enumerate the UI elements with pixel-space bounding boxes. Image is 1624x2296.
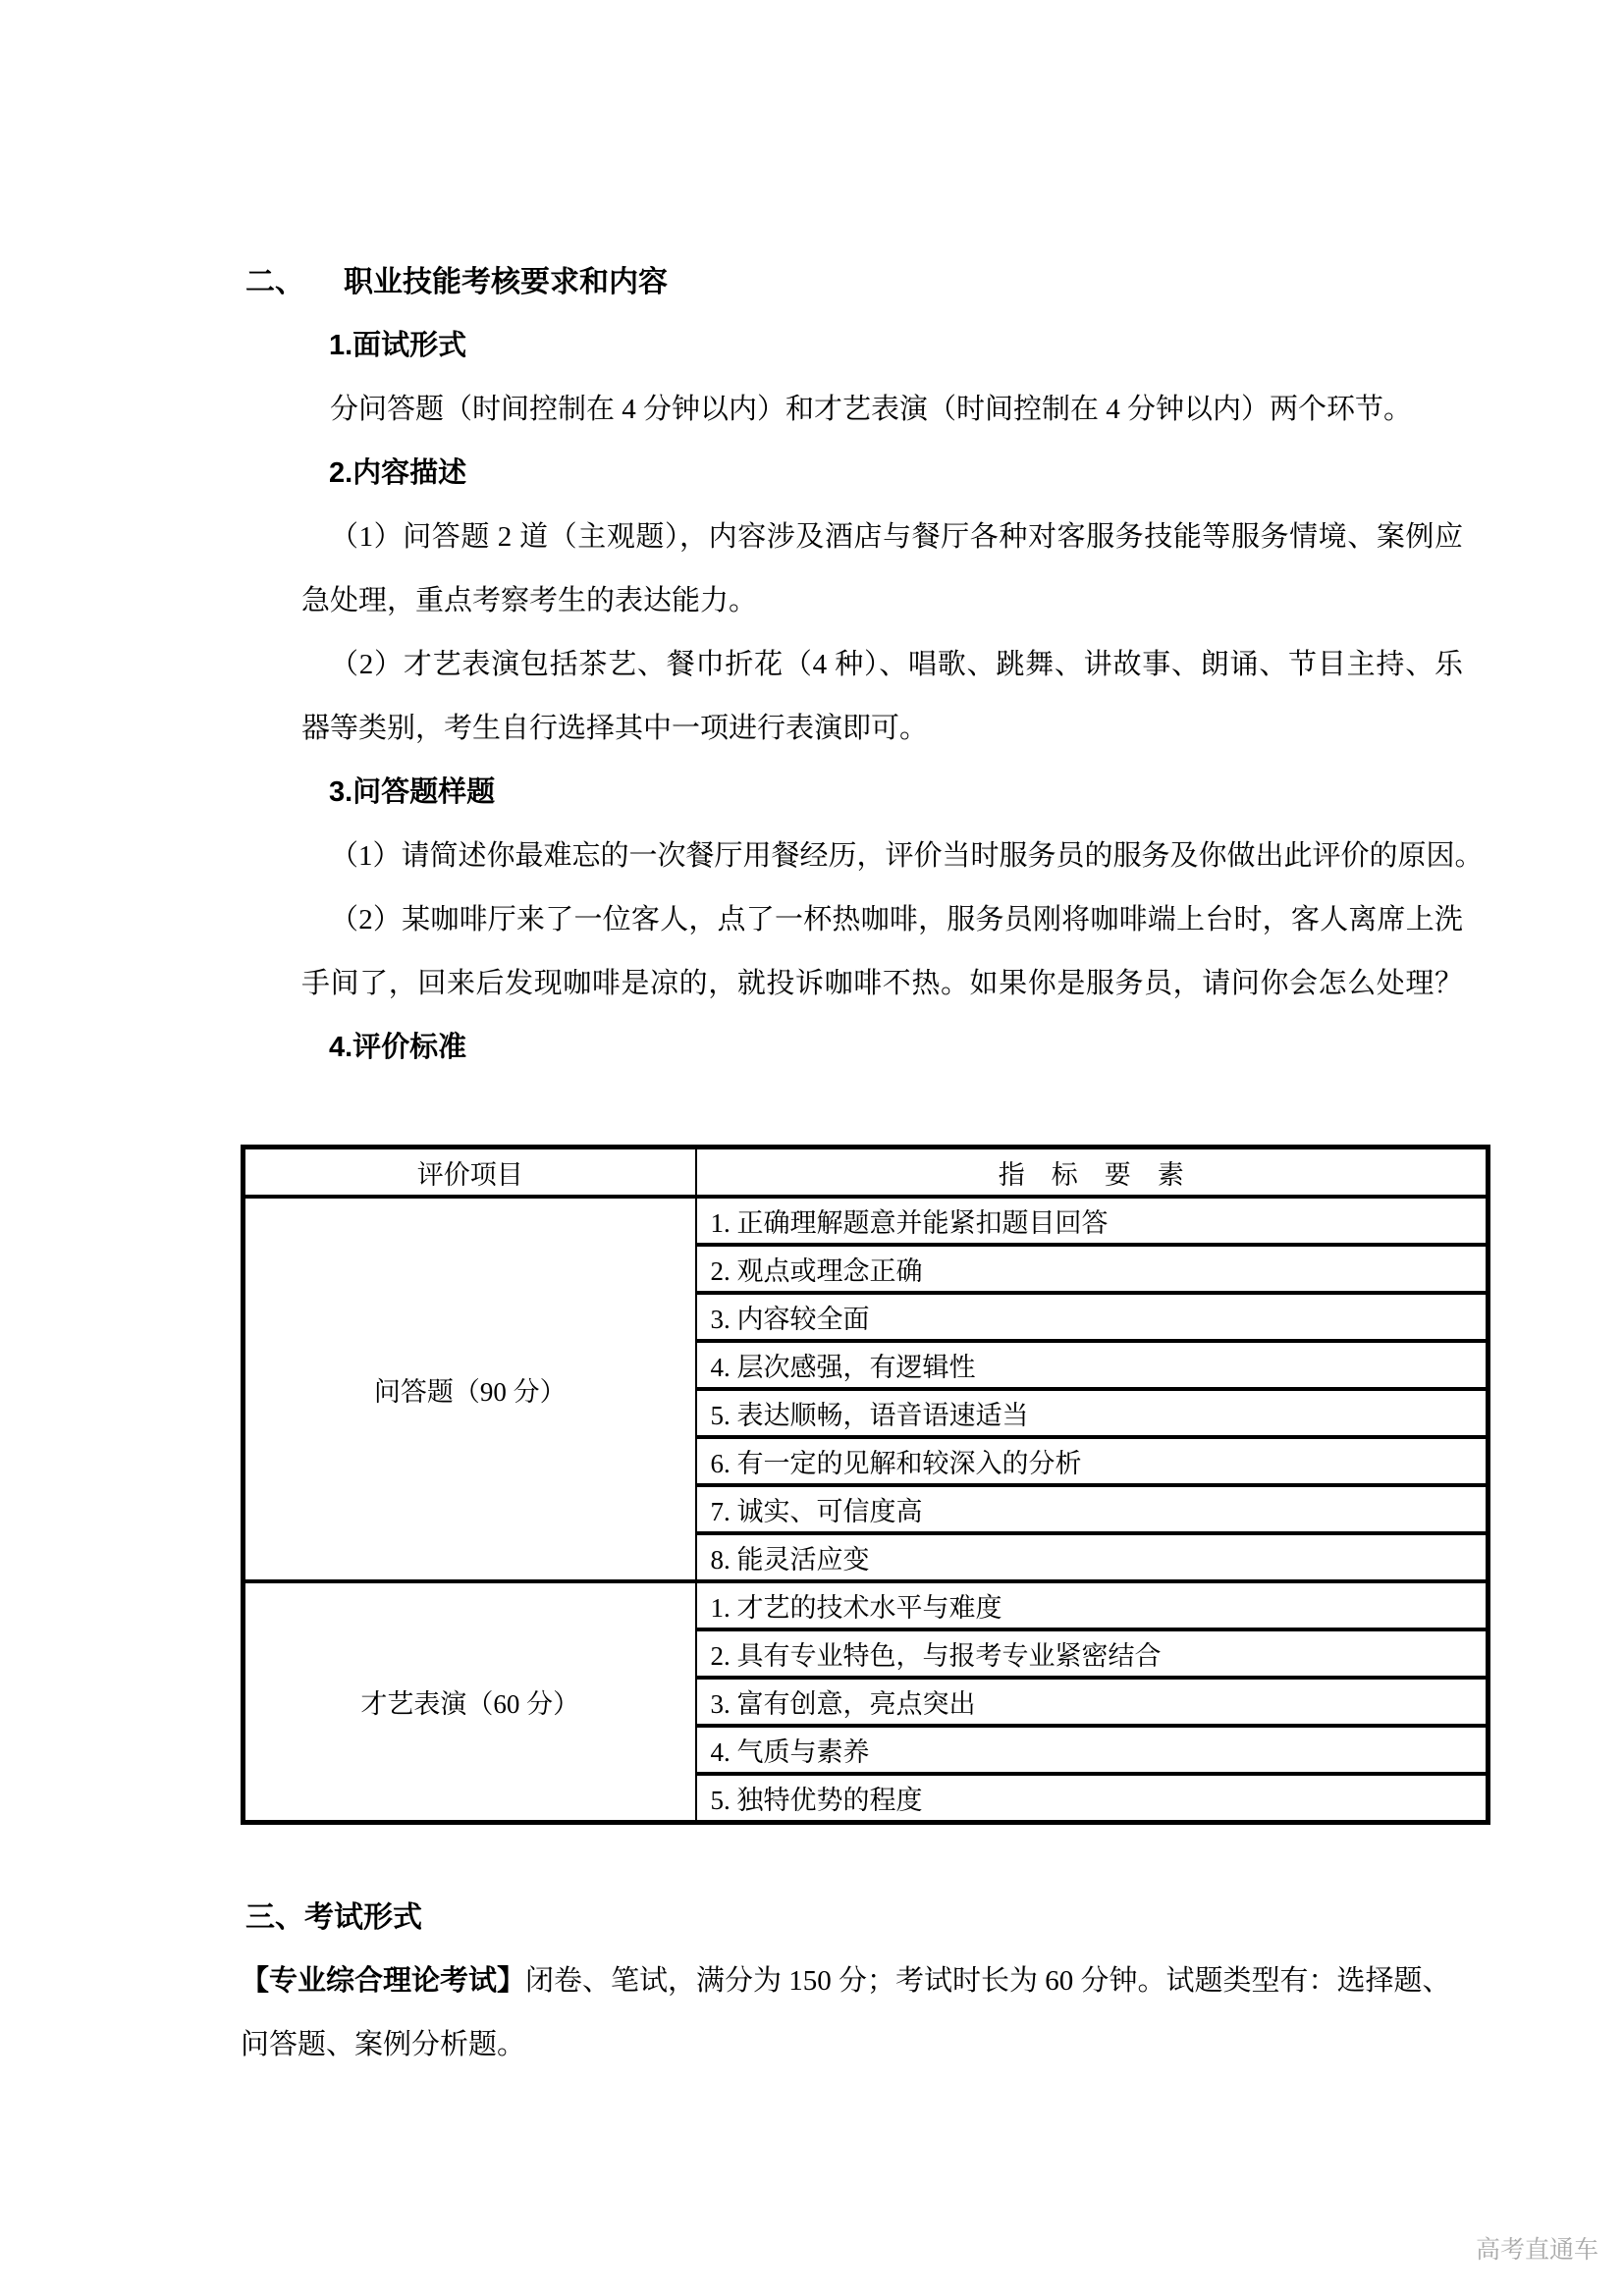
section3-heading: 三、考试形式 — [245, 1886, 1624, 1949]
sub3-question2-line1: （2）某咖啡厅来了一位客人，点了一杯热咖啡，服务员刚将咖啡端上台时，客人离席上洗 — [330, 888, 1463, 952]
sub2-paragraph2-line1: （2）才艺表演包括茶艺、餐巾折花（4 种）、唱歌、跳舞、讲故事、朗诵、节目主持、… — [330, 633, 1463, 697]
indicator-cell: 5. 表达顺畅，语音语速适当 — [696, 1389, 1489, 1437]
exam-description: 闭卷、笔试，满分为 150 分；考试时长为 60 分钟。试题类型有：选择题、 — [525, 1965, 1451, 1997]
sub2-heading: 2.内容描述 — [329, 442, 1624, 506]
section2-title: 职业技能考核要求和内容 — [344, 266, 668, 298]
sub3-question1: （1）请简述你最难忘的一次餐厅用餐经历，评价当时服务员的服务及你做出此评价的原因… — [330, 825, 1624, 888]
indicator-cell: 7. 诚实、可信度高 — [696, 1485, 1489, 1533]
exam-name-bracketed: 【专业综合理论考试】 — [241, 1965, 525, 1997]
project-cell-qa: 问答题（90 分） — [244, 1197, 696, 1581]
indicator-cell: 5. 独特优势的程度 — [696, 1774, 1489, 1823]
sub3-heading: 3.问答题样题 — [329, 761, 1624, 825]
sub2-paragraph2-line2: 器等类别，考生自行选择其中一项进行表演即可。 — [301, 697, 1624, 761]
table-row: 问答题（90 分） 1. 正确理解题意并能紧扣题目回答 — [244, 1197, 1489, 1245]
sub4-heading: 4.评价标准 — [329, 1016, 1624, 1080]
table-row: 才艺表演（60 分） 1. 才艺的技术水平与难度 — [244, 1581, 1489, 1629]
indicator-cell: 4. 气质与素养 — [696, 1726, 1489, 1774]
table-header-row: 评价项目 指 标 要 素 — [244, 1148, 1489, 1198]
indicator-cell: 8. 能灵活应变 — [696, 1533, 1489, 1581]
section2-heading: 二、职业技能考核要求和内容 — [245, 250, 1624, 314]
section3-paragraph-line1: 【专业综合理论考试】闭卷、笔试，满分为 150 分；考试时长为 60 分钟。试题… — [241, 1949, 1624, 2013]
indicator-cell: 1. 正确理解题意并能紧扣题目回答 — [696, 1197, 1489, 1245]
project-cell-talent: 才艺表演（60 分） — [244, 1581, 696, 1823]
sub2-paragraph1-line1: （1）问答题 2 道（主观题），内容涉及酒店与餐厅各种对客服务技能等服务情境、案… — [330, 506, 1463, 569]
indicator-cell: 4. 层次感强，有逻辑性 — [696, 1341, 1489, 1389]
sub3-question2-line2: 手间了，回来后发现咖啡是凉的，就投诉咖啡不热。如果你是服务员，请问你会怎么处理？ — [301, 952, 1463, 1016]
watermark: 高考直通车 — [1476, 2236, 1598, 2266]
evaluation-table: 评价项目 指 标 要 素 问答题（90 分） 1. 正确理解题意并能紧扣题目回答… — [241, 1145, 1490, 1825]
sub1-heading: 1.面试形式 — [329, 314, 1624, 378]
indicator-cell: 2. 观点或理念正确 — [696, 1245, 1489, 1293]
document-page: 二、职业技能考核要求和内容 1.面试形式 分问答题（时间控制在 4 分钟以内）和… — [0, 0, 1624, 2296]
header-cell-project: 评价项目 — [244, 1148, 696, 1198]
indicator-cell: 3. 富有创意，亮点突出 — [696, 1678, 1489, 1726]
indicator-cell: 3. 内容较全面 — [696, 1293, 1489, 1341]
section3-paragraph-line2: 问答题、案例分析题。 — [241, 2013, 1624, 2077]
indicator-cell: 1. 才艺的技术水平与难度 — [696, 1581, 1489, 1629]
sub1-paragraph: 分问答题（时间控制在 4 分钟以内）和才艺表演（时间控制在 4 分钟以内）两个环… — [330, 378, 1624, 442]
indicator-cell: 6. 有一定的见解和较深入的分析 — [696, 1437, 1489, 1485]
indicator-cell: 2. 具有专业特色，与报考专业紧密结合 — [696, 1629, 1489, 1678]
section2-number: 二、 — [245, 266, 304, 298]
header-cell-indicator: 指 标 要 素 — [696, 1148, 1489, 1198]
sub2-paragraph1-line2: 急处理，重点考察考生的表达能力。 — [301, 569, 1624, 633]
document-content: 二、职业技能考核要求和内容 1.面试形式 分问答题（时间控制在 4 分钟以内）和… — [0, 0, 1624, 2077]
